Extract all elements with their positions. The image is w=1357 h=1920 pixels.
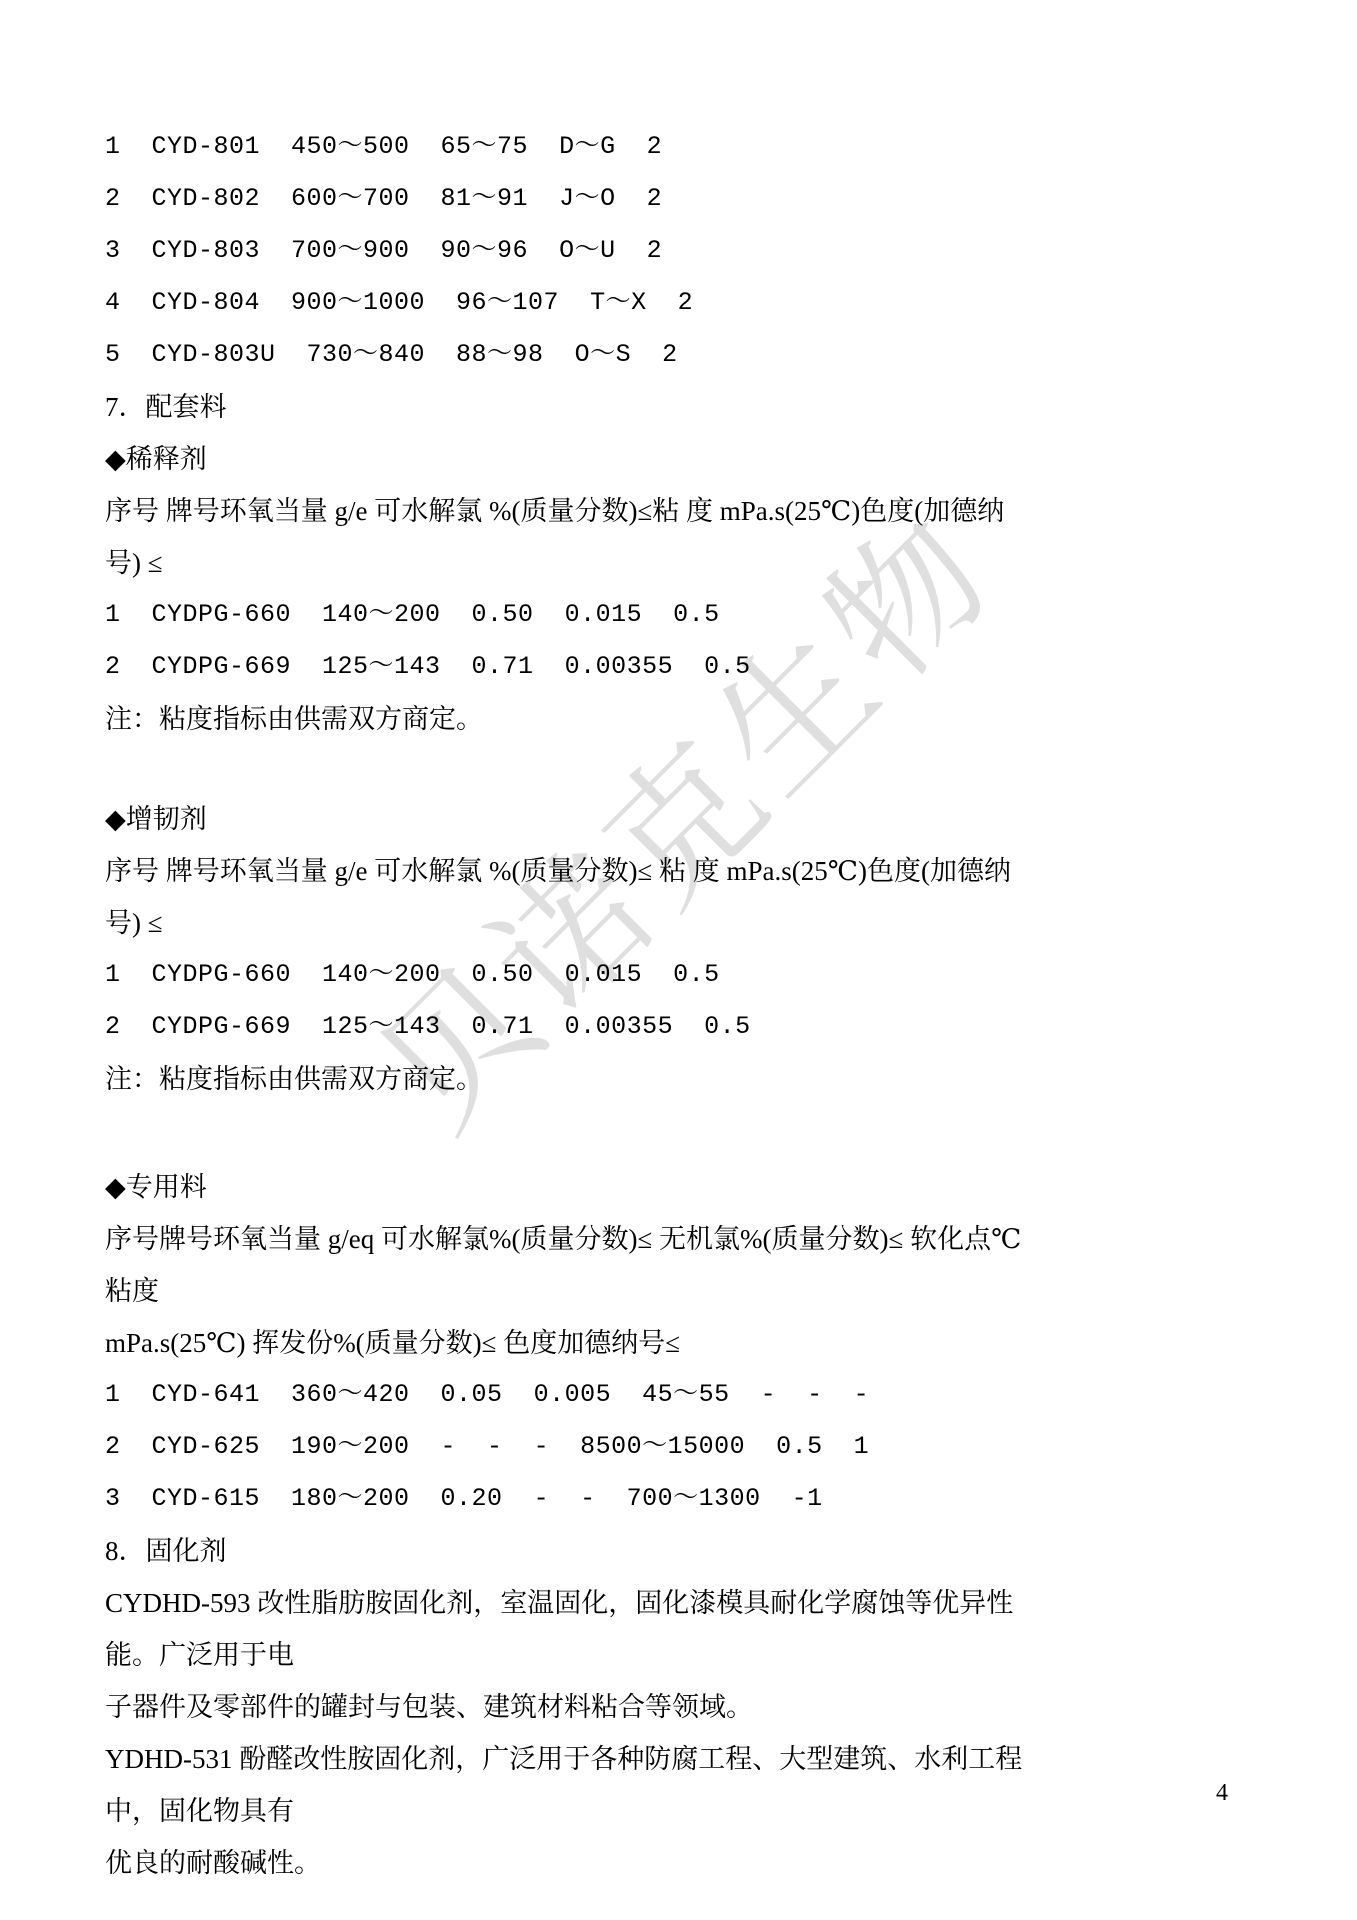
section-7-heading: 7．配套料: [105, 381, 1040, 433]
special-table-header-line2: mPa.s(25℃) 挥发份%(质量分数)≤ 色度加德纳号≤: [105, 1317, 1040, 1369]
table-row: 2 CYD-625 190～200 - - - 8500～15000 0.5 1: [105, 1421, 1040, 1473]
table-row: 3 CYD-615 180～200 0.20 - - 700～1300 -1: [105, 1473, 1040, 1525]
page-number: 4: [1216, 1780, 1228, 1807]
resin-table-continued: 1 CYD-801 450～500 65～75 D～G 2 2 CYD-802 …: [105, 121, 1040, 381]
section-8-heading: 8．固化剂: [105, 1525, 1040, 1577]
special-material-section: ◆专用料 序号牌号环氧当量 g/eq 可水解氯%(质量分数)≤ 无机氯%(质量分…: [105, 1161, 1040, 1525]
table-row: 1 CYD-641 360～420 0.05 0.005 45～55 - - -: [105, 1369, 1040, 1421]
table-row: 1 CYD-801 450～500 65～75 D～G 2: [105, 121, 1040, 173]
toughener-section: ◆增韧剂 序号 牌号环氧当量 g/e 可水解氯 %(质量分数)≤ 粘 度 mPa…: [105, 793, 1040, 1105]
toughener-note: 注：粘度指标由供需双方商定。: [105, 1053, 1040, 1105]
table-row: 2 CYDPG-669 125～143 0.71 0.00355 0.5: [105, 641, 1040, 693]
document-page: 贝诺克生物 1 CYD-801 450～500 65～75 D～G 2 2 CY…: [0, 0, 1357, 1920]
special-title: ◆专用料: [105, 1161, 1040, 1213]
toughener-title: ◆增韧剂: [105, 793, 1040, 845]
diluent-title: ◆稀释剂: [105, 433, 1040, 485]
paragraph-line: 子器件及零部件的罐封与包装、建筑材料粘合等领域。: [105, 1681, 1040, 1733]
diluent-note: 注：粘度指标由供需双方商定。: [105, 693, 1040, 745]
table-row: 1 CYDPG-660 140～200 0.50 0.015 0.5: [105, 949, 1040, 1001]
table-row: 3 CYD-803 700～900 90～96 O～U 2: [105, 225, 1040, 277]
paragraph-line: YDHD-531 酚醛改性胺固化剂，广泛用于各种防腐工程、大型建筑、水利工程中，…: [105, 1733, 1040, 1837]
toughener-table-header: 序号 牌号环氧当量 g/e 可水解氯 %(质量分数)≤ 粘 度 mPa.s(25…: [105, 845, 1040, 949]
diluent-section: ◆稀释剂 序号 牌号环氧当量 g/e 可水解氯 %(质量分数)≤粘 度 mPa.…: [105, 433, 1040, 745]
hardener-section: CYDHD-593 改性脂肪胺固化剂，室温固化，固化漆模具耐化学腐蚀等优异性能。…: [105, 1577, 1040, 1889]
table-row: 2 CYDPG-669 125～143 0.71 0.00355 0.5: [105, 1001, 1040, 1053]
diluent-table-header: 序号 牌号环氧当量 g/e 可水解氯 %(质量分数)≤粘 度 mPa.s(25℃…: [105, 485, 1040, 589]
page-content: 1 CYD-801 450～500 65～75 D～G 2 2 CYD-802 …: [105, 0, 1040, 1889]
table-row: 4 CYD-804 900～1000 96～107 T～X 2: [105, 277, 1040, 329]
paragraph-line: CYDHD-593 改性脂肪胺固化剂，室温固化，固化漆模具耐化学腐蚀等优异性能。…: [105, 1577, 1040, 1681]
table-row: 2 CYD-802 600～700 81～91 J～O 2: [105, 173, 1040, 225]
paragraph-line: 优良的耐酸碱性。: [105, 1837, 1040, 1889]
table-row: 1 CYDPG-660 140～200 0.50 0.015 0.5: [105, 589, 1040, 641]
table-row: 5 CYD-803U 730～840 88～98 O～S 2: [105, 329, 1040, 381]
special-table-header-line1: 序号牌号环氧当量 g/eq 可水解氯%(质量分数)≤ 无机氯%(质量分数)≤ 软…: [105, 1213, 1040, 1317]
